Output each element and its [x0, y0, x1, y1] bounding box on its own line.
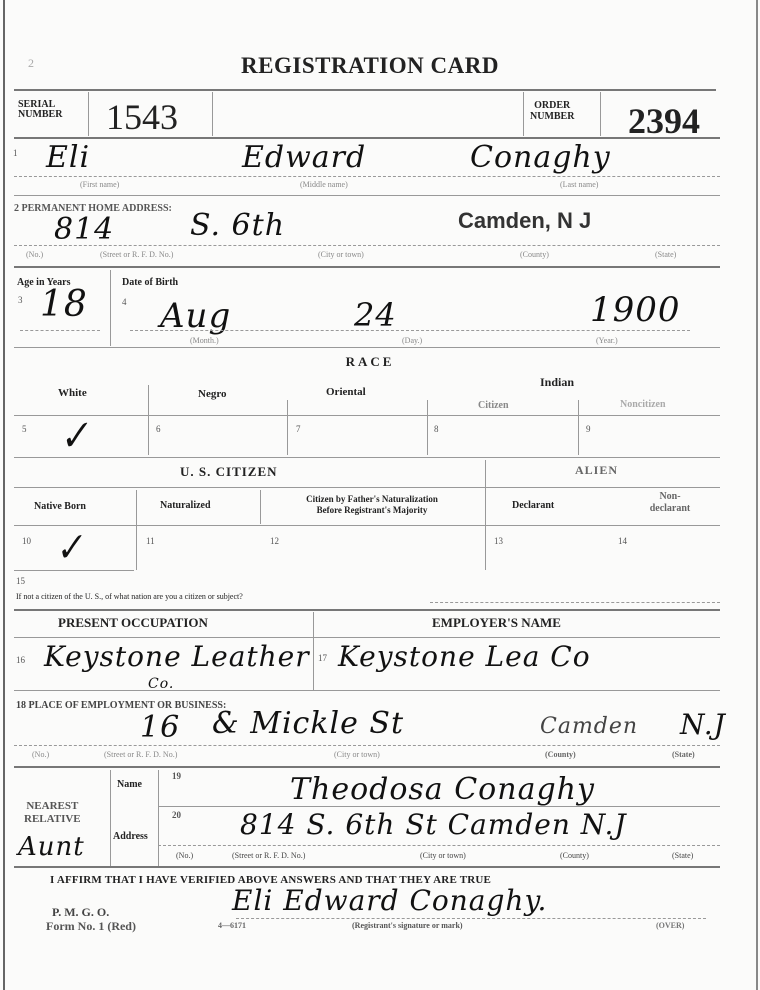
sub-caption: (Year.) [596, 336, 618, 345]
sub-caption: (County) [545, 750, 576, 759]
race-indian-citizen-label: Citizen [478, 400, 509, 411]
birth-day: 24 [354, 296, 397, 334]
nearest-relative-label: NEARESTRELATIVE [24, 800, 81, 826]
sub-caption: (No.) [176, 851, 193, 860]
sub-caption: (County) [520, 250, 549, 259]
employer-heading: EMPLOYER'S NAME [432, 615, 561, 631]
serial-number: 1543 [106, 96, 178, 138]
birth-label: Date of Birth [122, 277, 178, 288]
signature-caption: (Registrant's signature or mark) [352, 921, 463, 930]
native-born-label: Native Born [34, 501, 86, 512]
registrant-signature: Eli Edward Conaghy. [232, 884, 547, 917]
rule [14, 415, 720, 416]
field-number: 12 [270, 536, 279, 546]
rule [14, 745, 720, 746]
employment-place-label: 18 PLACE OF EMPLOYMENT OR BUSINESS: [16, 700, 226, 711]
relative-address: 814 S. 6th St Camden N.J [240, 808, 627, 841]
native-born-checkmark: ✓ [51, 526, 89, 572]
rule [148, 385, 149, 455]
field-number: 4 [122, 297, 127, 307]
rule [14, 690, 720, 691]
rule [158, 770, 159, 866]
home-city: Camden, N J [458, 208, 591, 234]
race-heading: RACE [0, 354, 740, 370]
rule [14, 266, 720, 268]
home-number: 814 [54, 212, 114, 247]
naturalized-label: Naturalized [160, 500, 211, 511]
rule [136, 490, 137, 570]
sub-caption: (Street or R. F. D. No.) [232, 851, 305, 860]
rule [14, 570, 134, 571]
sub-caption: (Month.) [190, 336, 219, 345]
rule [485, 460, 486, 570]
race-white-checkmark: ✓ [54, 411, 94, 460]
rule [236, 918, 706, 919]
card-title: REGISTRATION CARD [0, 53, 740, 79]
employment-city: Camden [540, 714, 638, 739]
field-number: 16 [16, 655, 25, 665]
rule [14, 195, 720, 196]
field-number: 11 [146, 536, 155, 546]
middle-name: Edward [242, 140, 366, 175]
age-value: 18 [40, 284, 88, 325]
rule [14, 457, 720, 458]
sub-caption: (Street or R. F. D. No.) [104, 750, 177, 759]
rule [287, 400, 288, 455]
rule [313, 612, 314, 690]
race-indian-noncitizen-label: Noncitizen [620, 399, 666, 410]
rule [600, 92, 601, 136]
citizen-by-father-label: Citizen by Father's NaturalizationBefore… [262, 494, 482, 516]
sub-caption: (City or town) [334, 750, 380, 759]
relative-relation: Aunt [18, 832, 85, 862]
sub-caption: (Day.) [402, 336, 422, 345]
field-number: 17 [318, 653, 327, 663]
field-number: 15 [16, 576, 25, 586]
occupation-value: Keystone Leather [44, 640, 310, 673]
rule [110, 270, 111, 346]
birth-year: 1900 [590, 290, 681, 330]
non-declarant-label: Non-declarant [630, 491, 710, 515]
rule [14, 487, 720, 488]
sub-caption: (First name) [80, 180, 119, 189]
rule [14, 637, 720, 638]
home-street: S. 6th [190, 208, 285, 243]
sub-caption: (State) [672, 750, 695, 759]
order-number: 2394 [628, 100, 700, 142]
field-number: 7 [296, 424, 301, 434]
rule [158, 845, 720, 846]
race-negro-label: Negro [198, 388, 227, 400]
employment-street: & Mickle St [212, 706, 404, 741]
sub-caption: (State) [655, 250, 676, 259]
sub-caption: (City or town) [318, 250, 364, 259]
employment-state: N.J [680, 708, 726, 741]
form-number: Form No. 1 (Red) [46, 919, 136, 934]
first-name: Eli [46, 140, 90, 175]
field-number: 3 [18, 295, 23, 305]
rule [427, 400, 428, 455]
rule [14, 866, 720, 868]
rule [14, 89, 716, 91]
employment-number: 16 [140, 710, 180, 745]
occupation-heading: PRESENT OCCUPATION [58, 615, 208, 631]
field-number: 14 [618, 536, 627, 546]
employer-value: Keystone Lea Co [338, 640, 591, 673]
race-indian-label: Indian [540, 375, 574, 390]
over-indicator: (OVER) [656, 921, 684, 930]
rule [130, 330, 690, 331]
alien-heading: ALIEN [575, 463, 618, 478]
card-right-edge [756, 0, 758, 990]
rule [14, 525, 720, 526]
sub-caption: (Middle name) [300, 180, 348, 189]
field-number: 9 [586, 424, 591, 434]
rule [14, 766, 720, 768]
rule [14, 609, 720, 611]
field-number: 6 [156, 424, 161, 434]
form-agency: P. M. G. O. [52, 905, 109, 920]
order-label: ORDERNUMBER [530, 100, 574, 122]
serial-label: SERIALNUMBER [18, 100, 62, 120]
field-number: 10 [22, 536, 31, 546]
rule [14, 137, 720, 139]
relative-name-label: Name [117, 779, 142, 790]
sub-caption: (No.) [26, 250, 43, 259]
sub-caption: (State) [672, 851, 693, 860]
race-oriental-label: Oriental [326, 386, 366, 398]
rule [523, 92, 524, 136]
rule [212, 92, 213, 136]
declarant-label: Declarant [512, 500, 554, 511]
field-number: 19 [172, 771, 181, 781]
field-number: 13 [494, 536, 503, 546]
field-number: 20 [172, 810, 181, 820]
rule [88, 92, 89, 136]
relative-address-label: Address [113, 831, 148, 842]
rule [20, 330, 100, 331]
sub-caption: (Street or R. F. D. No.) [100, 250, 173, 259]
rule [14, 176, 720, 177]
sub-caption: (City or town) [420, 851, 466, 860]
us-citizen-heading: U. S. CITIZEN [180, 464, 278, 480]
nation-question: If not a citizen of the U. S., of what n… [16, 592, 243, 601]
last-name: Conaghy [470, 140, 611, 175]
sub-caption: (County) [560, 851, 589, 860]
race-white-label: White [58, 387, 87, 399]
field-number: 5 [22, 424, 27, 434]
rule [260, 490, 261, 524]
sub-caption: (No.) [32, 750, 49, 759]
rule [110, 770, 111, 866]
print-code: 4—6171 [218, 921, 246, 930]
rule [430, 602, 720, 603]
field-number: 8 [434, 424, 439, 434]
rule [578, 400, 579, 455]
rule [14, 347, 720, 348]
card-left-edge [3, 0, 5, 990]
rule [158, 806, 720, 807]
rule [14, 245, 720, 246]
relative-name: Theodosa Conaghy [290, 772, 595, 807]
field-number: 1 [13, 148, 18, 158]
sub-caption: (Last name) [560, 180, 598, 189]
